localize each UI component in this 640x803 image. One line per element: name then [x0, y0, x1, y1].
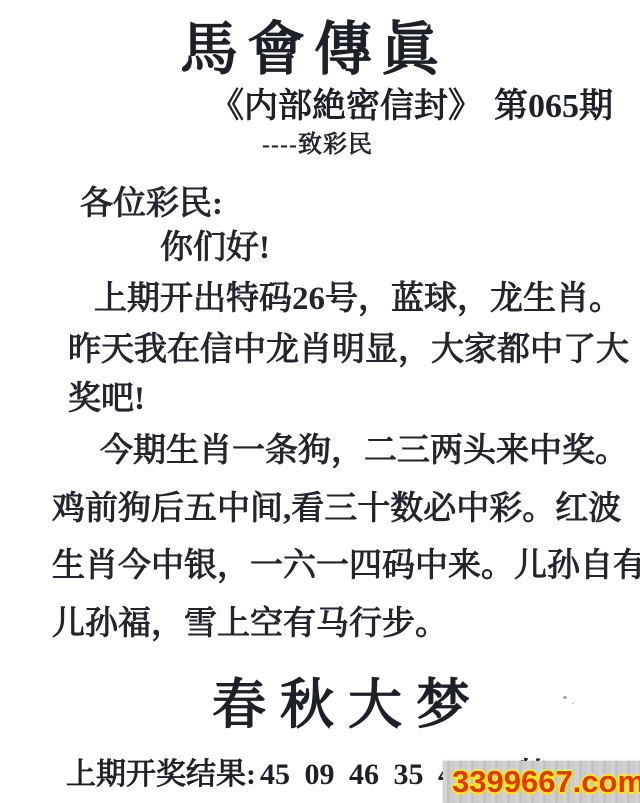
greeting: 你们好!: [160, 221, 270, 268]
slogan-title: 春秋大梦: [212, 662, 484, 739]
letter-line: 上期开出特码26号，蓝球，龙生肖。: [94, 272, 622, 319]
scanned-lottery-fax: { "colors": { "background": "#ffffff", "…: [0, 0, 640, 803]
issue-line: 《内部絶密信封》 第065期: [210, 78, 613, 127]
letter-line: 鸡前狗后五中间,看三十数必中彩。红波: [52, 482, 621, 529]
result-label: 上期开奖结果:: [66, 758, 256, 791]
letter-line: 昨天我在信中龙肖明显，大家都中了大: [68, 323, 629, 370]
letter-line: 儿孙福，雪上空有马行步。: [52, 597, 448, 644]
page-title: 馬會傳眞: [180, 2, 448, 86]
letter-line: 今期生肖一条狗，二三两头来中奖。: [100, 424, 628, 471]
letter-line: 奖吧!: [68, 372, 145, 419]
watermark-band: 3399667.com: [443, 761, 640, 803]
scan-speck: [563, 696, 567, 699]
dedication-line: ----致彩民: [262, 124, 373, 159]
watermark-url: 3399667.com: [452, 761, 640, 803]
envelope-label: 《内部絶密信封》: [210, 78, 482, 127]
salutation: 各位彩民:: [80, 177, 223, 224]
letter-line: 生肖今中银，一六一四码中来。儿孙自有: [52, 539, 640, 586]
issue-number: 第065期: [494, 78, 613, 127]
